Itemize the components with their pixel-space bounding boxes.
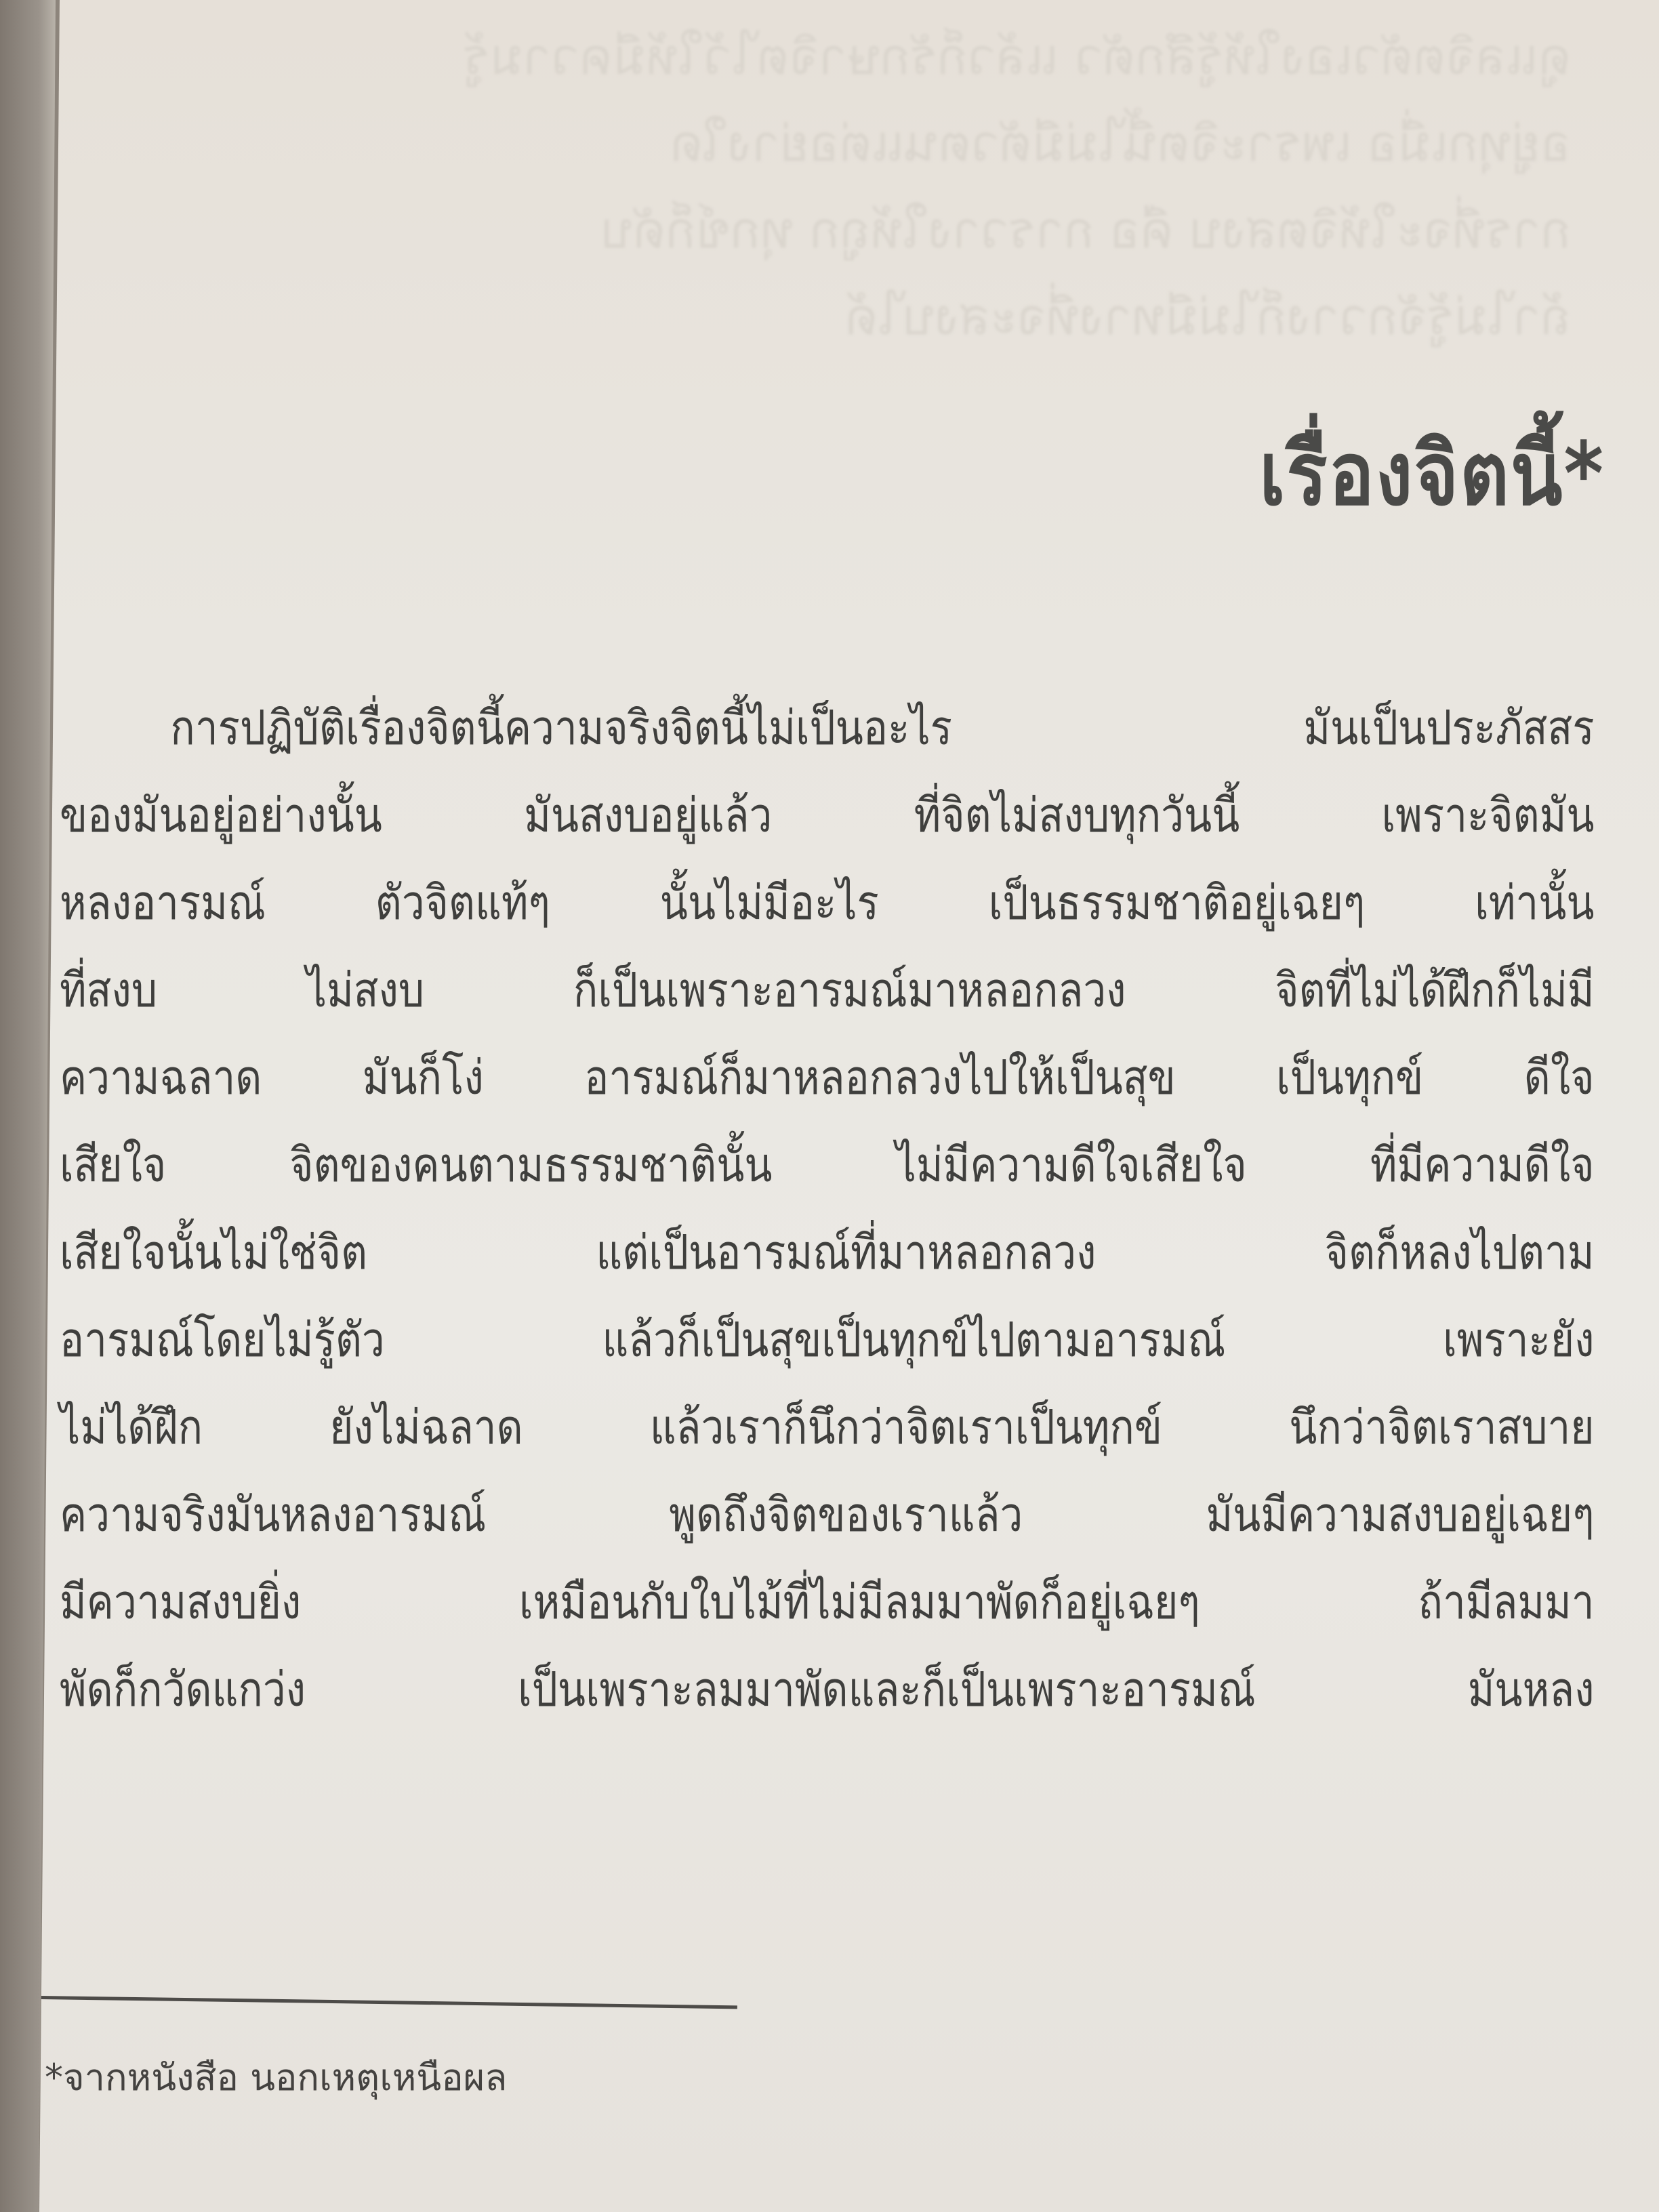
chapter-title: เรื่องจิตนี้* bbox=[1259, 405, 1605, 544]
footnote: *จากหนังสือ นอกเหตุเหนือผล bbox=[45, 2048, 507, 2106]
paragraph-line: หลงอารมณ์ ตัวจิตแท้ๆ นั้นไม่มีอะไร เป็นธ… bbox=[60, 859, 1595, 947]
bleed-line: อยู่ทุกเมื่อ เพราะจิตนี้ไม่มีตัวตนแต่อย่… bbox=[80, 100, 1571, 187]
bleed-line: ดูแลจิตตัวเองให้รู้สึกตัว แล้วก็รักษาจิต… bbox=[80, 14, 1571, 100]
bleed-line: ถ้าไม่รู้จักวางก็ไม่มีทางที่จะสงบได้ bbox=[80, 274, 1571, 361]
paragraph-line: มีความสงบยิ่ง เหมือนกับใบไม้ที่ไม่มีลมมา… bbox=[60, 1559, 1595, 1646]
paragraph-line: ไม่ได้ฝึก ยังไม่ฉลาด แล้วเราก็นึกว่าจิตเ… bbox=[60, 1384, 1595, 1471]
paragraph-line: ความจริงมันหลงอารมณ์ พูดถึงจิตของเราแล้ว… bbox=[60, 1471, 1595, 1559]
paragraph-line: พัดก็กวัดแกว่ง เป็นเพราะลมมาพัดและก็เป็น… bbox=[60, 1646, 1595, 1734]
paragraph-line: เสียใจ จิตของคนตามธรรมชาตินั้น ไม่มีความ… bbox=[60, 1122, 1595, 1209]
paragraph-line: ของมันอยู่อย่างนั้น มันสงบอยู่แล้ว ที่จิ… bbox=[60, 772, 1595, 859]
book-page: ดูแลจิตตัวเองให้รู้สึกตัว แล้วก็รักษาจิต… bbox=[39, 0, 1659, 2212]
paragraph-line: การปฏิบัติเรื่องจิตนี้ความจริงจิตนี้ไม่เ… bbox=[60, 684, 1595, 772]
paragraph-line: ที่สงบ ไม่สงบ ก็เป็นเพราะอารมณ์มาหลอกลวง… bbox=[60, 947, 1595, 1034]
paragraph-line: เสียใจนั้นไม่ใช่จิต แต่เป็นอารมณ์ที่มาหล… bbox=[60, 1209, 1595, 1296]
bleed-through-text: ดูแลจิตตัวเองให้รู้สึกตัว แล้วก็รักษาจิต… bbox=[80, 14, 1571, 361]
footnote-divider bbox=[39, 1996, 737, 2009]
body-paragraph: การปฏิบัติเรื่องจิตนี้ความจริงจิตนี้ไม่เ… bbox=[60, 684, 1598, 1734]
paragraph-line: ความฉลาด มันก็โง่ อารมณ์ก็มาหลอกลวงไปให้… bbox=[60, 1034, 1595, 1122]
bleed-line: การที่จะให้จิตสงบ คือ การวางให้ถูก ทุกข์… bbox=[80, 187, 1571, 274]
paragraph-line: อารมณ์โดยไม่รู้ตัว แล้วก็เป็นสุขเป็นทุกข… bbox=[60, 1296, 1595, 1384]
